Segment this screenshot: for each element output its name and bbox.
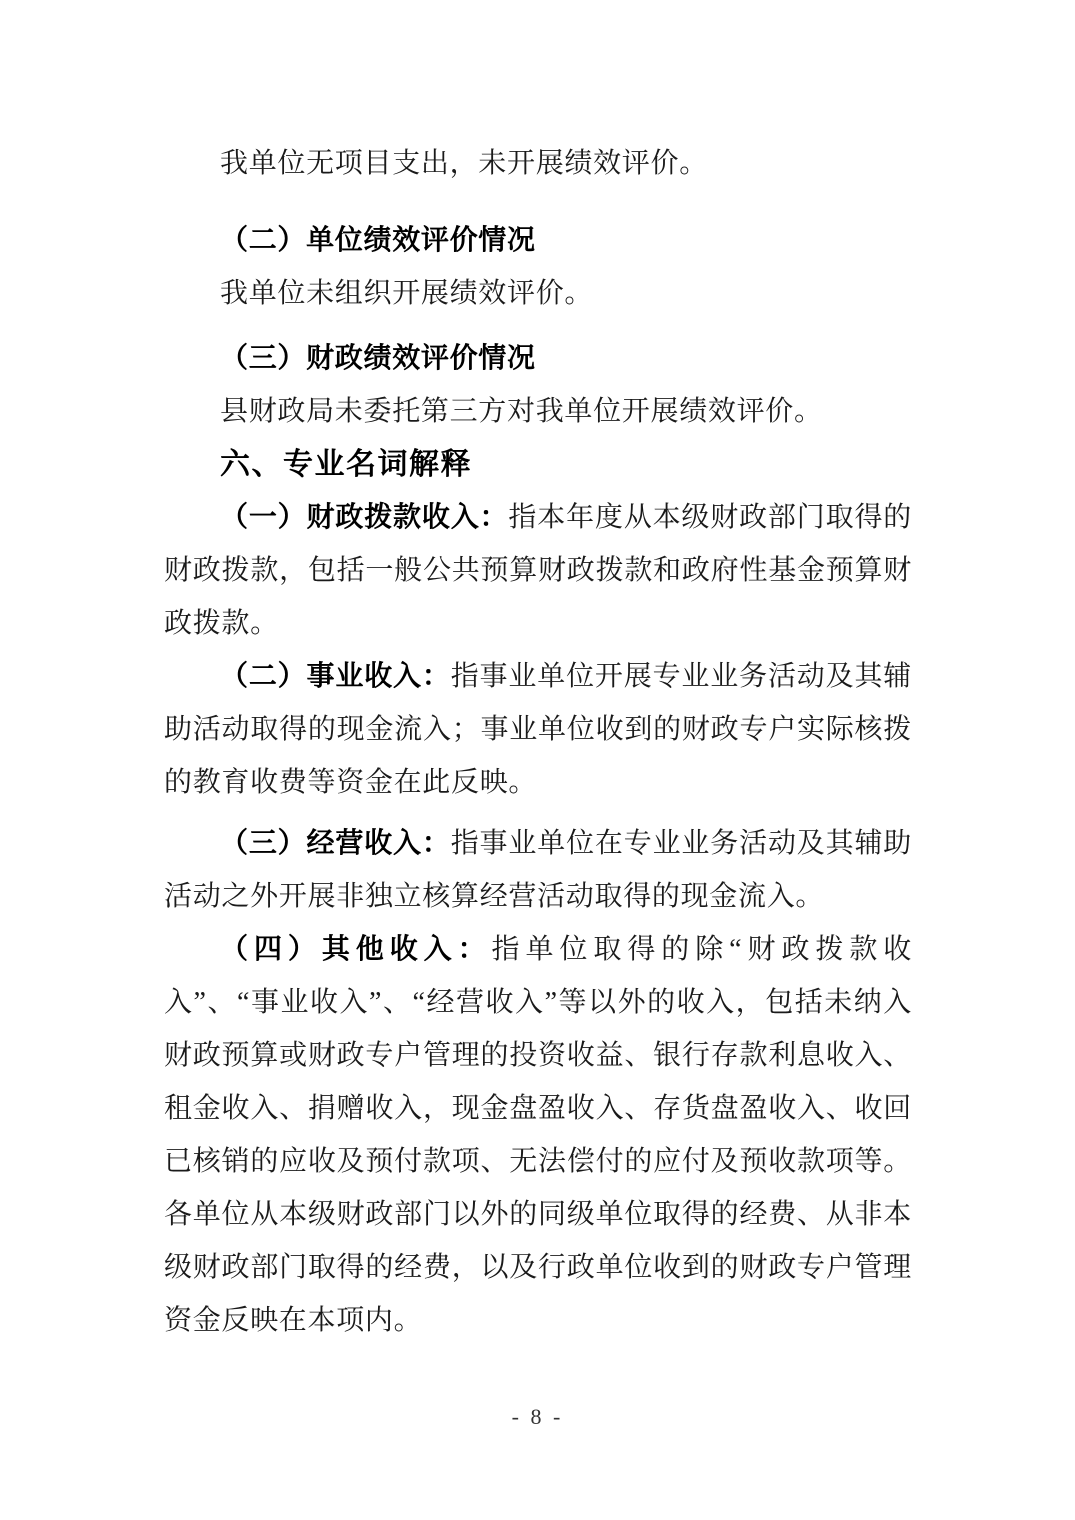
intro-paragraph: 我单位无项目支出，未开展绩效评价。 (164, 137, 912, 190)
glossary-term-other-income: （四）其他收入：指单位取得的除“财政拨款收入”、“事业收入”、“经营收入”等以外… (164, 923, 912, 1347)
section-heading-finance-evaluation: （三）财政绩效评价情况 (164, 332, 912, 385)
page-number: - 8 - (0, 1404, 1075, 1430)
section-body-unit-evaluation: 我单位未组织开展绩效评价。 (164, 267, 912, 320)
document-page: 我单位无项目支出，未开展绩效评价。 （二）单位绩效评价情况 我单位未组织开展绩效… (0, 0, 1075, 1520)
glossary-term-fiscal-appropriation: （一）财政拨款收入：指本年度从本级财政部门取得的财政拨款，包括一般公共预算财政拨… (164, 491, 912, 650)
glossary-term-lead: （二）事业收入： (220, 661, 451, 692)
glossary-main-heading: 六、专业名词解释 (164, 438, 912, 491)
section-body-finance-evaluation: 县财政局未委托第三方对我单位开展绩效评价。 (164, 385, 912, 438)
glossary-term-lead: （四）其他收入： (220, 934, 492, 965)
glossary-term-operating-income: （三）经营收入：指事业单位在专业业务活动及其辅助活动之外开展非独立核算经营活动取… (164, 817, 912, 923)
glossary-term-definition: 指单位取得的除“财政拨款收入”、“事业收入”、“经营收入”等以外的收入，包括未纳… (164, 934, 912, 1336)
glossary-term-lead: （三）经营收入： (220, 828, 451, 859)
glossary-term-business-income: （二）事业收入：指事业单位开展专业业务活动及其辅助活动取得的现金流入；事业单位收… (164, 650, 912, 809)
section-heading-unit-evaluation: （二）单位绩效评价情况 (164, 214, 912, 267)
glossary-term-lead: （一）财政拨款收入： (220, 502, 508, 533)
document-body: 我单位无项目支出，未开展绩效评价。 （二）单位绩效评价情况 我单位未组织开展绩效… (164, 137, 912, 1347)
